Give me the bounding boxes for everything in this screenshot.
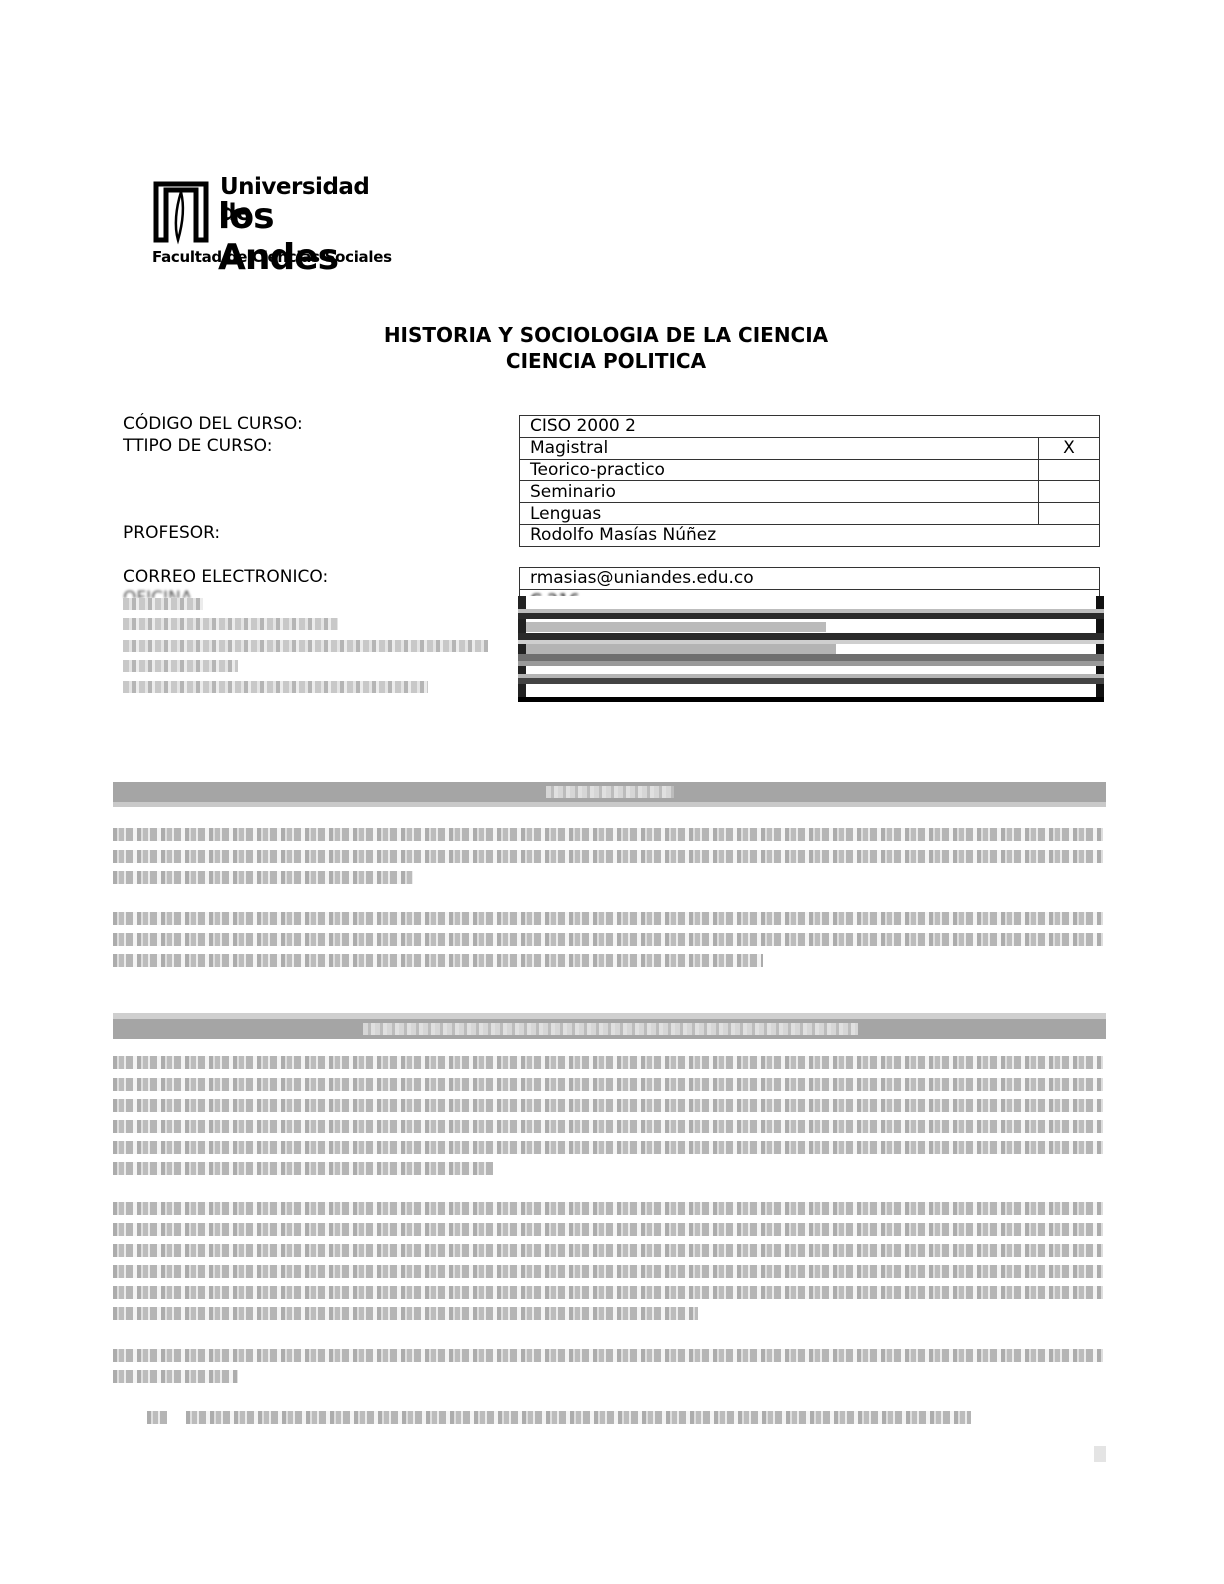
redacted-text-line (113, 1349, 1103, 1362)
redacted-label (123, 660, 238, 672)
redacted-text-line (113, 1223, 1103, 1236)
redacted-text-line (113, 828, 1103, 841)
table-row: Seminario (520, 481, 1100, 503)
redacted-text-line (113, 1202, 1103, 1215)
redacted-label (123, 598, 203, 610)
redacted-text-line (113, 850, 1103, 863)
redacted-text-line (113, 1120, 1103, 1133)
redacted-table (518, 596, 1104, 702)
label-professor: PROFESOR: (123, 523, 328, 545)
course-info-labels: CÓDIGO DEL CURSO: TTIPO DE CURSO: PROFES… (123, 414, 328, 598)
table-row: Rodolfo Masías Núñez (520, 524, 1100, 546)
redacted-label (123, 640, 488, 652)
section-header-redacted (113, 782, 1106, 807)
table-row: Teorico-practico (520, 459, 1100, 481)
redacted-text-line (113, 912, 1103, 925)
professor-value: Rodolfo Masías Núñez (520, 524, 1100, 546)
los-andes-emblem-icon (152, 178, 210, 246)
redacted-label (123, 681, 428, 693)
course-type-mark: X (1039, 437, 1100, 459)
redacted-text-line (113, 933, 1103, 946)
course-info-table: CISO 2000 2 Magistral X Teorico-practico… (519, 415, 1100, 547)
logo-faculty-text: Facultad de Ciencias Sociales (152, 248, 392, 266)
redacted-text-line (113, 1265, 1103, 1278)
course-type-name: Lenguas (520, 503, 1039, 525)
label-office: OFICINA (123, 588, 328, 598)
redacted-label (123, 618, 338, 630)
redacted-text-line (113, 1141, 1103, 1154)
table-row: CISO 2000 2 (520, 416, 1100, 438)
redacted-text-line (113, 1078, 1103, 1091)
title-line-1: HISTORIA Y SOCIOLOGIA DE LA CIENCIA (0, 322, 1212, 348)
redacted-text-line (113, 954, 763, 967)
course-type-mark (1039, 503, 1100, 525)
course-type-name: Seminario (520, 481, 1039, 503)
section-header-redacted (113, 1013, 1106, 1039)
label-email: CORREO ELECTRONICO: (123, 567, 328, 589)
label-course-code: CÓDIGO DEL CURSO: (123, 414, 328, 436)
table-row: Magistral X (520, 437, 1100, 459)
label-course-type: TTIPO DE CURSO: (123, 436, 328, 458)
redacted-text-line (113, 1162, 493, 1175)
table-row: Lenguas (520, 503, 1100, 525)
redacted-text-line (186, 1411, 971, 1424)
document-title: HISTORIA Y SOCIOLOGIA DE LA CIENCIA CIEN… (0, 322, 1212, 374)
redacted-text-line (113, 1244, 1103, 1257)
redacted-text-line (113, 871, 413, 884)
course-type-mark (1039, 459, 1100, 481)
university-logo: Universidad de los Andes Facultad de Cie… (150, 172, 400, 272)
page-number-redacted (1094, 1446, 1106, 1462)
email-value: rmasias@uniandes.edu.co (520, 568, 1100, 590)
course-code-value: CISO 2000 2 (520, 416, 1100, 438)
course-type-name: Magistral (520, 437, 1039, 459)
redacted-text-line (113, 1056, 1103, 1069)
table-row: rmasias@uniandes.edu.co (520, 568, 1100, 590)
title-line-2: CIENCIA POLITICA (0, 348, 1212, 374)
course-type-name: Teorico-practico (520, 459, 1039, 481)
redacted-text-line (113, 1370, 238, 1383)
redacted-text-line (113, 1099, 1103, 1112)
redacted-text-line (113, 1307, 698, 1320)
course-type-mark (1039, 481, 1100, 503)
redacted-text-line (113, 1286, 1103, 1299)
redacted-list-marker (147, 1411, 167, 1424)
